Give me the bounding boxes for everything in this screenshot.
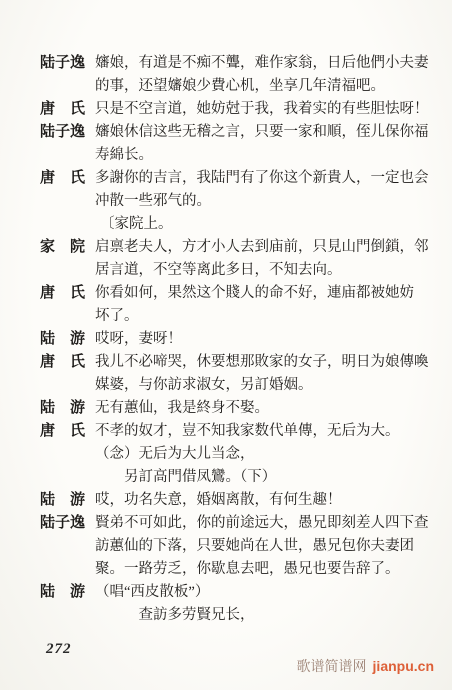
text-line: 你看如何，果然这个賤人的命不好，連庙都被她妨 (95, 282, 440, 305)
speaker-name: 陆 游 (40, 581, 88, 604)
text-line: 訪蕙仙的下落，只要她尚在人世，愚兄包你夫妻团 (95, 535, 440, 558)
text-line: 冲散一些邪气的。 (95, 190, 440, 213)
text-line: 的事，还望嬸娘少費心机，坐享几年清福吧。 (95, 75, 440, 98)
speaker-name: 唐 氏 (40, 351, 88, 374)
text-line: （唱“西皮散板”） (95, 581, 440, 604)
watermark-site-url: jianpu.cn (373, 658, 434, 674)
dialogue-text: 只是不空言道，她妨尅于我，我着实的有些胆怯呀！ (95, 98, 440, 121)
text-line: 寿綿长。 (95, 144, 440, 167)
dialogue-row: 唐 氏我儿不必啼哭，休要想那敗家的女子，明日为娘傳喚媒婆，与你訪求淑女，另訂婚姻… (40, 351, 440, 397)
dialogue-text: 我儿不必啼哭，休要想那敗家的女子，明日为娘傳喚媒婆，与你訪求淑女，另訂婚姻。 (95, 351, 440, 397)
speaker-name: 唐 氏 (40, 282, 88, 305)
text-line: 无有蕙仙，我是終身不娶。 (95, 397, 440, 420)
dialogue-text: 不孝的奴才，豈不知我家数代单傳，无后为大。（念）无后为大儿当念， 另訂高門借凤鸞… (95, 420, 440, 489)
dialogue-row: 陆子逸嬸娘，有道是不痴不聾，难作家翁，日后他們小夫妻的事，还望嬸娘少費心机，坐享… (40, 52, 440, 98)
text-line: 启禀老夫人，方才小人去到庙前，只見山門倒鎖，邻 (95, 236, 440, 259)
speaker-name: 陆 游 (40, 397, 88, 420)
dialogue-text: 嬸娘休信这些无稽之言，只要一家和順，侄儿保你福寿綿长。 (95, 121, 440, 167)
dialogue-row: 家 院启禀老夫人，方才小人去到庙前，只見山門倒鎖，邻居言道，不空等离此多日，不知… (40, 236, 440, 282)
text-line: 聚。一路劳乏，你歇息去吧，愚兄也要告辞了。 (95, 558, 440, 581)
speaker-name: 陆子逸 (40, 121, 88, 144)
dialogue-row: 唐 氏不孝的奴才，豈不知我家数代单傳，无后为大。（念）无后为大儿当念， 另訂高門… (40, 420, 440, 489)
dialogue-text: 你看如何，果然这个賤人的命不好，連庙都被她妨坏了。 (95, 282, 440, 328)
dialogue-row: 陆子逸嬸娘休信这些无稽之言，只要一家和順，侄儿保你福寿綿长。 (40, 121, 440, 167)
dialogue-row: 唐 氏只是不空言道，她妨尅于我，我着实的有些胆怯呀！ (40, 98, 440, 121)
page-number: 272 (46, 641, 72, 658)
text-line: 居言道，不空等离此多日，不知去向。 (95, 259, 440, 282)
text-line: 嬸娘，有道是不痴不聾，难作家翁，日后他們小夫妻 (95, 52, 440, 75)
dialogue-text: 哎，功名失意，婚姻离散，有何生趣！ (95, 489, 440, 512)
dialogue-row: 唐 氏你看如何，果然这个賤人的命不好，連庙都被她妨坏了。 (40, 282, 440, 328)
dialogue-text: 嬸娘，有道是不痴不聾，难作家翁，日后他們小夫妻的事，还望嬸娘少費心机，坐享几年清… (95, 52, 440, 98)
text-line: 另訂高門借凤鸞。（下） (95, 466, 440, 489)
text-line: 我儿不必啼哭，休要想那敗家的女子，明日为娘傳喚 (95, 351, 440, 374)
watermark: 歌谱简谱网jianpu.cn (297, 656, 434, 676)
text-line: 賢弟不可如此，你的前途远大，愚兄即刻差人四下查 (95, 512, 440, 535)
text-line: 查訪多劳賢兄长， (95, 604, 440, 627)
text-line: 只是不空言道，她妨尅于我，我着实的有些胆怯呀！ (95, 98, 440, 121)
stage-direction-row: 〔家院上。 (40, 213, 440, 236)
dialogue-row: 陆 游（唱“西皮散板”） 查訪多劳賢兄长， (40, 581, 440, 627)
speaker-name: 唐 氏 (40, 98, 88, 121)
speaker-name: 家 院 (40, 236, 88, 259)
dialogue-text: 启禀老夫人，方才小人去到庙前，只見山門倒鎖，邻居言道，不空等离此多日，不知去向。 (95, 236, 440, 282)
dialogue-text: 哎呀，妻呀！ (95, 328, 440, 351)
speaker-name: 陆子逸 (40, 512, 88, 535)
text-line: 哎呀，妻呀！ (95, 328, 440, 351)
text-line: 媒婆，与你訪求淑女，另訂婚姻。 (95, 374, 440, 397)
dialogue-text: 无有蕙仙，我是終身不娶。 (95, 397, 440, 420)
speaker-name: 陆子逸 (40, 52, 88, 75)
speaker-name: 陆 游 (40, 328, 88, 351)
dialogue-text: 〔家院上。 (95, 213, 440, 236)
text-line: （念）无后为大儿当念， (95, 443, 440, 466)
speaker-name: 唐 氏 (40, 167, 88, 190)
dialogue-row: 唐 氏多謝你的吉言，我陆門有了你这个新貴人，一定也会冲散一些邪气的。 (40, 167, 440, 213)
dialogue-text: 賢弟不可如此，你的前途远大，愚兄即刻差人四下查訪蕙仙的下落，只要她尚在人世，愚兄… (95, 512, 440, 581)
dialogue-text: （唱“西皮散板”） 查訪多劳賢兄长， (95, 581, 440, 627)
text-line: 哎，功名失意，婚姻离散，有何生趣！ (95, 489, 440, 512)
text-line: 不孝的奴才，豈不知我家数代单傳，无后为大。 (95, 420, 440, 443)
dialogue-row: 陆子逸賢弟不可如此，你的前途远大，愚兄即刻差人四下查訪蕙仙的下落，只要她尚在人世… (40, 512, 440, 581)
text-line: 坏了。 (95, 305, 440, 328)
speaker-name: 唐 氏 (40, 420, 88, 443)
text-line: 〔家院上。 (100, 213, 440, 236)
watermark-site-name: 歌谱简谱网 (297, 658, 367, 674)
text-line: 嬸娘休信这些无稽之言，只要一家和順，侄儿保你福 (95, 121, 440, 144)
text-line: 多謝你的吉言，我陆門有了你这个新貴人，一定也会 (95, 167, 440, 190)
script-text-block: 陆子逸嬸娘，有道是不痴不聾，难作家翁，日后他們小夫妻的事，还望嬸娘少費心机，坐享… (40, 52, 440, 627)
dialogue-text: 多謝你的吉言，我陆門有了你这个新貴人，一定也会冲散一些邪气的。 (95, 167, 440, 213)
speaker-name: 陆 游 (40, 489, 88, 512)
dialogue-row: 陆 游哎呀，妻呀！ (40, 328, 440, 351)
dialogue-row: 陆 游哎，功名失意，婚姻离散，有何生趣！ (40, 489, 440, 512)
dialogue-row: 陆 游无有蕙仙，我是終身不娶。 (40, 397, 440, 420)
book-page: 陆子逸嬸娘，有道是不痴不聾，难作家翁，日后他們小夫妻的事，还望嬸娘少費心机，坐享… (0, 0, 452, 690)
